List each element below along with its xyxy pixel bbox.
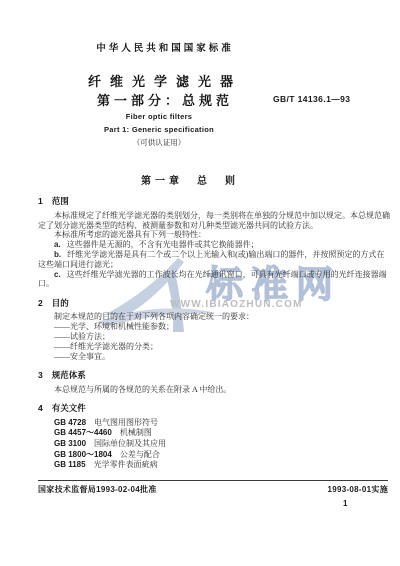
- section-number: 1: [38, 196, 43, 206]
- item-label: c.: [54, 270, 61, 279]
- document-title-en: Fiber optic filters: [0, 112, 318, 121]
- document-code: GB 3100: [54, 439, 86, 448]
- document-code: GB 1185: [54, 460, 86, 469]
- scope-item-b: b.纤维光学滤光器是具有二个或二个以上光输入和(或)输出端口的器件，并按照预定的…: [38, 250, 390, 270]
- national-standard-label: 中华人民共和国国家标准: [0, 40, 330, 54]
- scope-paragraph-1: 本标准规定了纤维光学滤光器的类别划分，每一类别将在单独的分规范中加以规定。本总规…: [38, 211, 390, 231]
- section-heading-scope: 1范围: [38, 197, 390, 207]
- section-title: 范围: [52, 196, 69, 206]
- item-label: b.: [54, 250, 61, 259]
- document-title: 电气图用图形符号: [94, 418, 158, 427]
- document-title: 机械制图: [120, 428, 152, 437]
- section-number: 4: [38, 403, 43, 413]
- scope-item-c: c.这些纤维光学滤光器的工作波长均在光纤通讯窗口，可具有光纤端口或专用的光纤连接…: [38, 270, 390, 290]
- document-title: 国际单位制及其应用: [94, 439, 166, 448]
- section-title: 规范体系: [52, 370, 86, 380]
- section-heading-system: 3规范体系: [38, 371, 390, 381]
- item-label: a.: [54, 240, 61, 249]
- item-text: 这些器件是无源的，不含有光电器件或其它换能器件；: [67, 240, 259, 249]
- referenced-document: GB 3100国际单位制及其应用: [38, 439, 390, 450]
- purpose-item: ——光学、环境和机械性能参数；: [38, 322, 390, 332]
- page-number: 1: [343, 499, 347, 508]
- purpose-intro: 制定本规范的目的在于对下列各项内容确定统一的要求：: [38, 312, 390, 322]
- document-code: GB 1800～1804: [54, 450, 112, 459]
- item-text: 这些纤维光学滤光器的工作波长均在光纤通讯窗口，可具有光纤端口或专用的光纤连接器端…: [38, 270, 387, 289]
- section-number: 2: [38, 298, 43, 308]
- referenced-document: GB 1185光学零件表面疵病: [38, 460, 390, 471]
- section-number: 3: [38, 370, 43, 380]
- section-title: 有关文件: [52, 403, 86, 413]
- document-title-cn: 纤维光学滤光器: [0, 71, 330, 90]
- purpose-item: ——试验方法；: [38, 332, 390, 342]
- document-subtitle-en: Part 1: Generic specification: [0, 125, 318, 134]
- item-text: 纤维光学滤光器是具有二个或二个以上光输入和(或)输出端口的器件，并按照预定的方式…: [38, 250, 384, 269]
- document-code: GB 4457～4460: [54, 428, 112, 437]
- document-title: 公差与配合: [120, 450, 160, 459]
- approval-note: 国家技术监督局1993-02-04批准: [38, 484, 157, 495]
- footer-divider: [38, 480, 388, 481]
- system-text: 本总规范与所属的各规范的关系在附录 A 中给出。: [38, 385, 390, 395]
- standard-number: GB/T 14136.1—93: [273, 94, 350, 104]
- section-heading-documents: 4有关文件: [38, 404, 390, 414]
- document-body: 1范围 本标准规定了纤维光学滤光器的类别划分，每一类别将在单独的分规范中加以规定…: [38, 197, 390, 471]
- scope-paragraph-2: 本标准所考虑的滤光器具有下列一般特性：: [38, 230, 390, 240]
- purpose-item: ——纤维光学滤光器的分类；: [38, 342, 390, 352]
- document-code: GB 4728: [54, 418, 86, 427]
- referenced-document: GB 4457～4460机械制图: [38, 428, 390, 439]
- section-heading-purpose: 2目的: [38, 299, 390, 309]
- chapter-heading: 第一章 总 则: [0, 172, 380, 187]
- document-page: 标准网 WWW.IBIAOZHUN.COM 中华人民共和国国家标准 纤维光学滤光…: [0, 0, 400, 566]
- certification-note: （可供认证用）: [0, 137, 318, 148]
- implementation-note: 1993-08-01实施: [327, 484, 388, 495]
- referenced-document: GB 1800～1804公差与配合: [38, 450, 390, 461]
- section-title: 目的: [52, 298, 69, 308]
- purpose-item: ——安全事宜。: [38, 352, 390, 362]
- scope-item-a: a.这些器件是无源的，不含有光电器件或其它换能器件；: [38, 240, 390, 250]
- document-title: 光学零件表面疵病: [94, 460, 158, 469]
- english-title-block: Fiber optic filters Part 1: Generic spec…: [0, 112, 318, 148]
- referenced-document: GB 4728电气图用图形符号: [38, 418, 390, 429]
